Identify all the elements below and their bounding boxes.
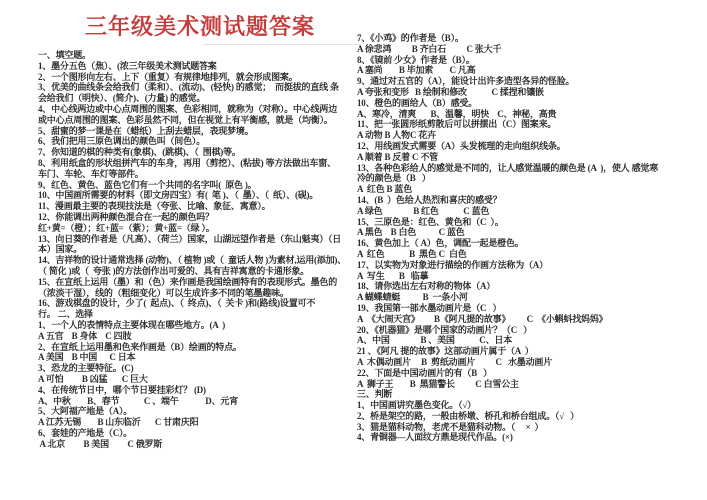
text-line: A 红色 B 蓝色 — [357, 184, 693, 195]
text-line: 9、红色、黄色、蓝色它们有一个共同的名字叫( 原色 )。 — [38, 180, 362, 191]
text-line: 17、以实物为对象进行描绘的作画方法称为（A） — [357, 260, 693, 271]
text-line: 冷的颜色是（B ） — [357, 173, 693, 184]
text-line: 13、向日葵的作者是（凡高）、（荷兰）国家，山湖远望作者是（东山魁夷）（日 — [38, 234, 362, 245]
text-line: 一、填空题。 — [38, 50, 362, 61]
text-line: A 江苏无锡 B 山东临沂 C 甘肃庆阳 — [38, 417, 362, 428]
text-line: 13、各种色彩给人的感觉是不同的，让人感觉温暖的颜色是 (A )，使人 感觉寒 — [357, 163, 693, 174]
text-line: A 可怕 B 凶猛 C 巨大 — [38, 374, 362, 385]
text-line: 8、利用纸盒的形状组拼汽车的车身，再用（剪挖）、(粘拔) 等方法做出车窗、 — [38, 158, 362, 169]
text-line: A 红色 B 黑色 C 白色 — [357, 249, 693, 260]
text-line: A 绿色 B 红色 C 蓝色 — [357, 206, 693, 217]
text-line: A 夸张和变形 B 绘制和修改 C 揉捏和镶嵌 — [357, 87, 693, 98]
text-line: 22、下面是中国动画片的有（B ） — [357, 368, 693, 379]
text-line: 7、你知道的棋的种类有(象棋)、(跳棋)、（ 围棋)等。 — [38, 147, 362, 158]
text-line: 5、大阿福产地是（A）。 — [38, 406, 362, 417]
text-line: A 写生 B 临摹 — [357, 271, 693, 282]
text-line: 6、我们把用三原色调出的颜色叫（间色）。 — [38, 136, 362, 147]
text-line: 10、中国画所需要的材料（即文房四宝）有( 笔 )、（ 墨）、（ 纸）、(砚)。 — [38, 190, 362, 201]
text-line: A、寒冷，清爽 B、温馨，明快 C、神秘，高贵 — [357, 109, 693, 120]
text-line: 15、三原色是：红色、黄色和（C ）。 — [357, 217, 693, 228]
title-underline-decoration — [203, 44, 361, 45]
page-title: 三年级美术测试题答案 — [58, 10, 342, 41]
text-line: 18、请你选出左右对称的物体（A） — [357, 281, 693, 292]
text-line: 4、中心线两边或中心点周围的图案、色彩相同，就称为（对称）。中心线两边 — [38, 104, 362, 115]
text-line: 1、中国画讲究墨色变化。（√） — [357, 400, 693, 411]
text-line: 19、我国第一部水墨动画片是（C ） — [357, 303, 693, 314]
text-line: 15、在宣纸上运用（墨）和（色）来作画是我国绘画特有的表现形式。墨色的 — [38, 277, 362, 288]
text-line: A 五官 B 身体 C 四肢 — [38, 331, 362, 342]
text-line: （ 简化 )或（ 夸张 )的方法创作出可爱的、具有吉祥寓意的卡通形象。 — [38, 266, 362, 277]
text-line: 1、一个人的表情特点主要体现在哪些地方。(A ) — [38, 320, 362, 331]
text-line: 车门、车轮、车灯等部件。 — [38, 169, 362, 180]
text-line: 3、猫是猫科动物，老虎不是猫科动物。（ × ） — [357, 422, 693, 433]
text-line: 14、吉祥物的设计通常选择 (动物)、（ 植物 )或（ 童话人物 )为素材,运用… — [38, 255, 362, 266]
text-line: A、中国 B 、美国 C、日本 — [357, 335, 693, 346]
text-line: 9、通过对五官的（A），能设计出许多造型各异的怪脸。 — [357, 76, 693, 87]
text-line: 16、游戏棋盘的设计，少了( 起点)、（ 终点)、（ 关卡 )和(路线)设置可不 — [38, 298, 362, 309]
text-line: 行。 二、选择 — [38, 309, 362, 320]
document-page: 三年级美术测试题答案 一、填空题。1、墨分五色（焦）、(浓三年级美术测试题答案2… — [0, 0, 707, 500]
text-line: 20、《机器猫》是哪个国家的动画片？（C ） — [357, 325, 693, 336]
text-line: 16、黄色加上（ A）色，调配一起是橙色。 — [357, 238, 693, 249]
text-line: 2、一个图形向左右、上下（重复）有规律地排列，就会形成图案。 — [38, 72, 362, 83]
text-line: 1、墨分五色（焦）、(浓三年级美术测试题答案 — [38, 61, 362, 72]
text-line: 11、漫画最主要的表现技法是（夸张、比喻、象征、寓意）。 — [38, 201, 362, 212]
text-line: 红+黄=（橙）；红+蓝=（紫）；黄+蓝=（绿 ）。 — [38, 223, 362, 234]
text-line: A 木偶动画片 B 剪纸动画片 C 水墨动画片 — [357, 357, 693, 368]
text-line: 2、在宣纸上运用墨和色来作画是（B）绘画的特点。 — [38, 342, 362, 353]
text-line: 12、你能调出两种颜色混合在一起的颜色吗？ — [38, 212, 362, 223]
text-line: 5、甜蜜的梦一课是在（蜡纸）上刮去蜡层，表现梦境。 — [38, 126, 362, 137]
text-line: A 美国 B 中国 C 日本 — [38, 352, 362, 363]
text-line: A、中秋 B、春节 C 、端午 D、元宵 — [38, 396, 362, 407]
text-line: 6、套娃的产地是（C）。 — [38, 428, 362, 439]
text-line: 21 、《阿凡 提的故事》这部动画片属于（A ） — [357, 346, 693, 357]
text-line: 本）国家。 — [38, 244, 362, 255]
text-line: 3、恐龙的主要特征。(C) — [38, 363, 362, 374]
text-line: 会给我们（明快）、(简介)、(力量) 的感觉。 — [38, 93, 362, 104]
text-line: 三、判断 — [357, 389, 693, 400]
text-line: 2、桥是架空的路，一般由桥墩、桥孔和桥台组成。（√ ） — [357, 411, 693, 422]
text-line: A 狮子王 B 黑猫警长 C 白雪公主 — [357, 379, 693, 390]
text-line: 3、优美的曲线条会给我们（柔和）、(流动)、(轻快) 的感觉； 而挺拔的直线 条 — [38, 82, 362, 93]
text-line: A 北京 B 美国 C 俄罗斯 — [38, 439, 362, 450]
text-line: A 《大闹天宫》 B《阿凡提的故事》 C 《小蝌蚪找妈妈》 — [357, 314, 693, 325]
text-line: A 徐悲鸿 B 齐白石 C 张大千 — [357, 44, 693, 55]
text-line: 8、《镜前 少女》作者是（B）。 — [357, 55, 693, 66]
text-line: 或中心点周围的图案、色彩虽然不同，但在视觉上有平衡感，就是（均衡）。 — [38, 115, 362, 126]
text-line: A 塞尚 B 毕加索 C 凡高 — [357, 65, 693, 76]
text-line: A 黑色 B 白色 C 蓝色 — [357, 227, 693, 238]
text-line: 4、青铜器—人面纹方鼎是现代作品。(×) — [357, 432, 693, 443]
text-line: A 顺着 B 反着 C 不管 — [357, 152, 693, 163]
text-line: 10、橙色的画给人（B）感受。 — [357, 98, 693, 109]
text-line: 11、把一张圆形纸剪散后可以拼摆出（C）图案来。 — [357, 119, 693, 130]
text-line: A 动物 B 人物C 花卉 — [357, 130, 693, 141]
text-line: 7、《小鸡》的作者是（B）。 — [357, 33, 693, 44]
text-line: 12、用线画发式需要（A）头发梳理的走向组织线条。 — [357, 141, 693, 152]
text-line: （浓淡干湿），线的（粗细变化）可以生成许多不同的笔墨趣味。 — [38, 288, 362, 299]
text-line: 4、在传统节日中，哪个节日要挂彩灯？ (D) — [38, 385, 362, 396]
text-line: 14、(B ）色给人热烈和喜庆的感受？ — [357, 195, 693, 206]
text-line: A 蝴蝶蜻蜓 B 一条小河 — [357, 292, 693, 303]
right-column: 7、《小鸡》的作者是（B）。A 徐悲鸿 B 齐白石 C 张大千8、《镜前 少女》… — [357, 33, 693, 443]
left-column: 一、填空题。1、墨分五色（焦）、(浓三年级美术测试题答案2、一个图形向左右、上下… — [38, 50, 362, 449]
